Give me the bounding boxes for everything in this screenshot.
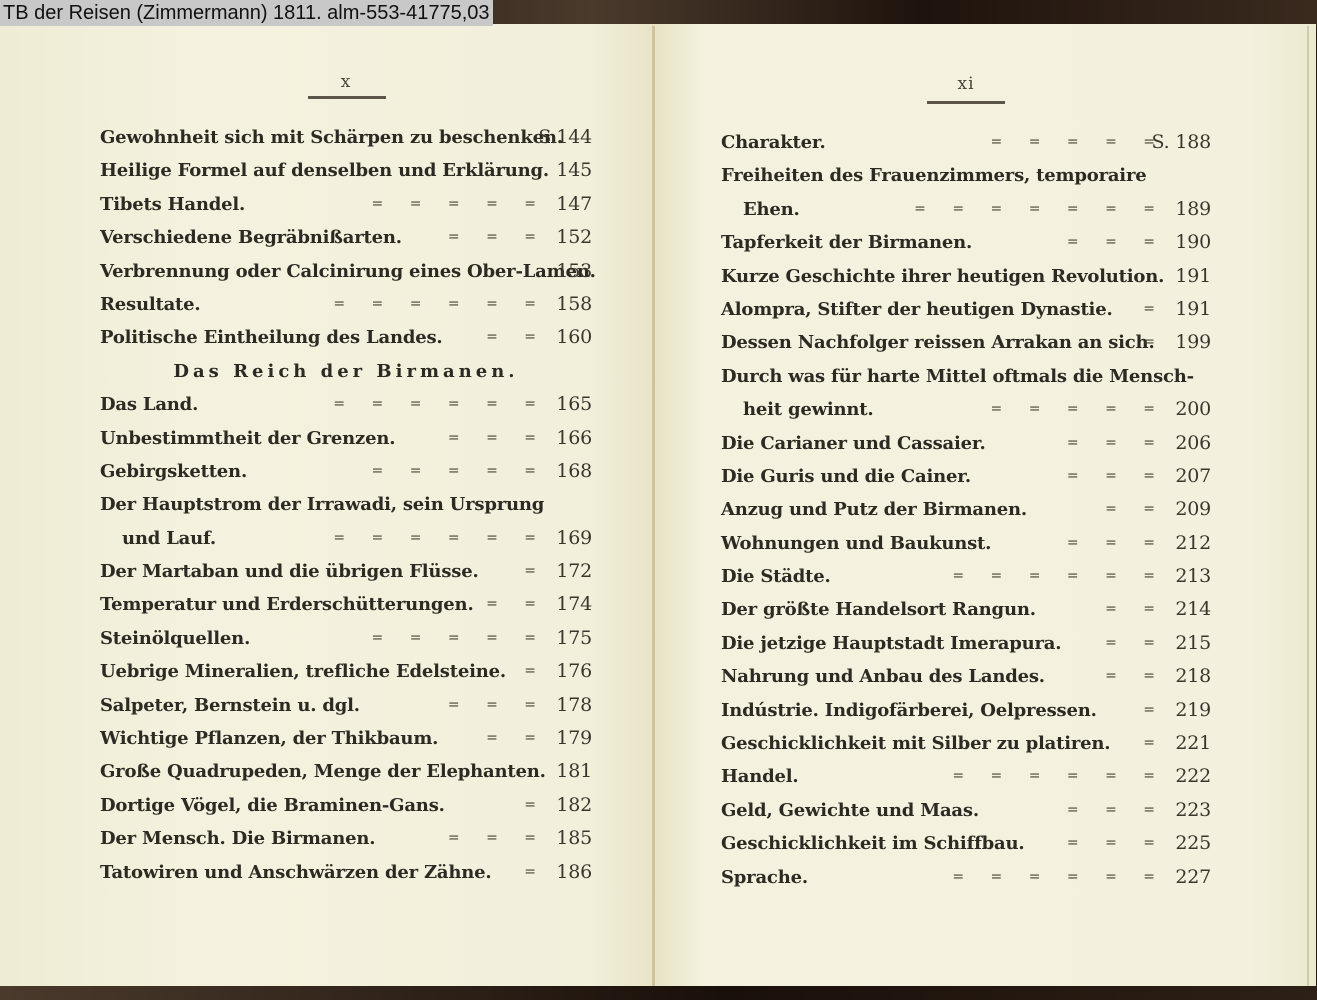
leader-dots: = = = = = — [372, 455, 536, 488]
toc-page-number: 214 — [1175, 593, 1211, 626]
toc-entry: Große Quadrupeden, Menge der Elephanten.… — [100, 755, 592, 788]
toc-entry-title: Der Martaban und die übrigen Flüsse. — [100, 555, 479, 588]
leader-dots: = — [1143, 727, 1155, 760]
toc-page-number: 215 — [1175, 627, 1211, 660]
toc-entry: Die jetzige Hauptstadt Imerapura.= =215 — [721, 627, 1211, 660]
leader-dots: = = — [486, 321, 536, 354]
toc-entry: Die Städte.= = = = = =213 — [721, 560, 1211, 593]
leader-dots: = — [524, 856, 536, 889]
leader-dots: = = = — [448, 221, 536, 254]
toc-entry-title: Tibets Handel. — [100, 188, 245, 221]
toc-entry-title: Anzug und Putz der Birmanen. — [721, 493, 1027, 526]
toc-entry-title: Wohnungen und Baukunst. — [721, 527, 991, 560]
toc-entry-title: Das Land. — [100, 388, 198, 421]
toc-entry-title: Dortige Vögel, die Braminen-Gans. — [100, 789, 445, 822]
toc-entry: Indústrie. Indigofärberei, Oelpressen.=2… — [721, 694, 1211, 727]
toc-entry-title: Die jetzige Hauptstadt Imerapura. — [721, 627, 1061, 660]
toc-page-number: 213 — [1175, 560, 1211, 593]
toc-entry-title: Nahrung und Anbau des Landes. — [721, 660, 1045, 693]
toc-page-number: 145 — [556, 154, 592, 187]
toc-page-number: 147 — [556, 188, 592, 221]
toc-page-number: 200 — [1175, 393, 1211, 426]
toc-entry: Geschicklichkeit im Schiffbau.= = =225 — [721, 827, 1211, 860]
toc-page-number: 181 — [556, 755, 592, 788]
toc-entry: Handel.= = = = = =222 — [721, 760, 1211, 793]
toc-entry-title: Der größte Handelsort Rangun. — [721, 593, 1036, 626]
leader-dots: = = = — [1067, 226, 1155, 259]
toc-page-number: 189 — [1175, 193, 1211, 226]
toc-entry-title: Indústrie. Indigofärberei, Oelpressen. — [721, 694, 1097, 727]
toc-entry: Anzug und Putz der Birmanen.= =209 — [721, 493, 1211, 526]
toc-entry-title: Tatowiren und Anschwärzen der Zähne. — [100, 856, 492, 889]
toc-page-number: 218 — [1175, 660, 1211, 693]
leader-dots: = = = — [448, 422, 536, 455]
right-page-number: xi — [940, 74, 992, 94]
toc-page-number: 169 — [556, 522, 592, 555]
section-heading: Das Reich der Birmanen. — [100, 355, 592, 388]
leader-dots: = = = — [1067, 794, 1155, 827]
toc-entry-title: Der Mensch. Die Birmanen. — [100, 822, 375, 855]
toc-page-number: 174 — [556, 588, 592, 621]
leader-dots: = = — [1105, 593, 1155, 626]
toc-entry-title: und Lauf. — [122, 522, 216, 555]
toc-entry-title: Steinölquellen. — [100, 622, 250, 655]
toc-entry-title: Gewohnheit sich mit Schärpen zu beschenk… — [100, 121, 563, 154]
leader-dots: = = = = = — [372, 188, 536, 221]
leader-dots: = = = = = = — [333, 522, 536, 555]
toc-entry-title: Charakter. — [721, 126, 826, 159]
toc-entry-title: Tapferkeit der Birmanen. — [721, 226, 972, 259]
toc-entry-title: Resultate. — [100, 288, 200, 321]
leader-dots: = = — [1105, 660, 1155, 693]
toc-entry: Tapferkeit der Birmanen.= = =190 — [721, 226, 1211, 259]
toc-entry-title: heit gewinnt. — [743, 393, 873, 426]
toc-page-number: 153 — [556, 255, 592, 288]
toc-entry-title: Alompra, Stifter der heutigen Dynastie. — [721, 293, 1113, 326]
leader-dots: = = = = = = — [333, 288, 536, 321]
leader-dots: = = = — [1067, 427, 1155, 460]
toc-page-number: 179 — [556, 722, 592, 755]
toc-entry: Geld, Gewichte und Maas.= = =223 — [721, 794, 1211, 827]
toc-entry: Der größte Handelsort Rangun.= =214 — [721, 593, 1211, 626]
toc-entry: Der Hauptstrom der Irrawadi, sein Urspru… — [100, 488, 592, 521]
leader-dots: = = = = = — [372, 622, 536, 655]
toc-entry-title: Politische Eintheilung des Landes. — [100, 321, 442, 354]
toc-page-number: S. 188 — [1152, 126, 1211, 159]
toc-entry-title: Uebrige Mineralien, trefliche Edelsteine… — [100, 655, 506, 688]
toc-entry: Alompra, Stifter der heutigen Dynastie.=… — [721, 293, 1211, 326]
leader-dots: = = = = = = — [952, 861, 1155, 894]
leader-dots: = = = — [448, 822, 536, 855]
toc-entry: Wichtige Pflanzen, der Thikbaum.= =179 — [100, 722, 592, 755]
leader-dots: = = — [1105, 493, 1155, 526]
toc-entry-title: Der Hauptstrom der Irrawadi, sein Urspru… — [100, 488, 544, 521]
toc-page-number: 207 — [1175, 460, 1211, 493]
toc-page-number: S.144 — [538, 121, 592, 154]
toc-entry: Verbrennung oder Calcinirung eines Ober-… — [100, 255, 592, 288]
toc-page-number: 182 — [556, 789, 592, 822]
toc-page-number: 209 — [1175, 493, 1211, 526]
leader-dots: = = — [1105, 627, 1155, 660]
toc-entry: Freiheiten des Frauenzimmers, temporaire — [721, 159, 1211, 192]
leader-dots: = = = = = = = — [914, 193, 1155, 226]
toc-entry-title: Ehen. — [743, 193, 800, 226]
toc-entry-title: Verschiedene Begräbnißarten. — [100, 221, 402, 254]
toc-page-number: 223 — [1175, 794, 1211, 827]
toc-entry: Politische Eintheilung des Landes.= =160 — [100, 321, 592, 354]
leader-dots: = = = — [1067, 527, 1155, 560]
left-header-rule — [308, 96, 386, 99]
toc-entry: Steinölquellen.= = = = =175 — [100, 622, 592, 655]
toc-page-number: 185 — [556, 822, 592, 855]
toc-entry: heit gewinnt.= = = = =200 — [721, 393, 1211, 426]
toc-entry-title: Dessen Nachfolger reissen Arrakan an sic… — [721, 326, 1155, 359]
toc-entry-title: Wichtige Pflanzen, der Thikbaum. — [100, 722, 438, 755]
left-page-number: x — [320, 72, 372, 92]
toc-entry: Kurze Geschichte ihrer heutigen Revoluti… — [721, 260, 1211, 293]
toc-entry-title: Geschicklichkeit im Schiffbau. — [721, 827, 1024, 860]
toc-entry: Nahrung und Anbau des Landes.= =218 — [721, 660, 1211, 693]
toc-entry-title: Die Carianer und Cassaier. — [721, 427, 986, 460]
toc-entry-title: Unbestimmtheit der Grenzen. — [100, 422, 395, 455]
right-header-rule — [927, 101, 1005, 104]
leader-dots: = — [1143, 293, 1155, 326]
leader-dots: = = = = = = — [952, 760, 1155, 793]
toc-page-number: 172 — [556, 555, 592, 588]
table-of-contents-left: Gewohnheit sich mit Schärpen zu beschenk… — [100, 121, 592, 889]
toc-entry: Sprache.= = = = = =227 — [721, 861, 1211, 894]
book-gutter — [652, 26, 655, 986]
toc-page-number: 206 — [1175, 427, 1211, 460]
image-caption: TB der Reisen (Zimmermann) 1811. alm-553… — [0, 0, 493, 26]
toc-entry-title: Geld, Gewichte und Maas. — [721, 794, 979, 827]
toc-entry: Der Mensch. Die Birmanen.= = =185 — [100, 822, 592, 855]
leader-dots: = = = = = = — [952, 560, 1155, 593]
toc-entry: Temperatur und Erderschütterungen.= =174 — [100, 588, 592, 621]
toc-page-number: 186 — [556, 856, 592, 889]
toc-entry: Der Martaban und die übrigen Flüsse.=172 — [100, 555, 592, 588]
toc-entry: Dessen Nachfolger reissen Arrakan an sic… — [721, 326, 1211, 359]
toc-entry-title: Handel. — [721, 760, 799, 793]
toc-entry: Geschicklichkeit mit Silber zu platiren.… — [721, 727, 1211, 760]
toc-entry: Die Carianer und Cassaier.= = =206 — [721, 427, 1211, 460]
toc-entry: Ehen.= = = = = = =189 — [721, 193, 1211, 226]
toc-entry: Tibets Handel.= = = = =147 — [100, 188, 592, 221]
toc-entry-title: Die Guris und die Cainer. — [721, 460, 971, 493]
leader-dots: = — [524, 789, 536, 822]
toc-page-number: 176 — [556, 655, 592, 688]
toc-page-number: 219 — [1175, 694, 1211, 727]
toc-entry-title: Durch was für harte Mittel oftmals die M… — [721, 360, 1194, 393]
toc-page-number: 178 — [556, 689, 592, 722]
toc-entry: Tatowiren und Anschwärzen der Zähne.=186 — [100, 856, 592, 889]
table-of-contents-right: Charakter.= = = = =S. 188Freiheiten des … — [721, 126, 1211, 894]
leader-dots: = = = — [1067, 460, 1155, 493]
toc-page-number: 191 — [1175, 260, 1211, 293]
toc-entry: Unbestimmtheit der Grenzen.= = =166 — [100, 422, 592, 455]
toc-entry: Heilige Formel auf denselben und Erkläru… — [100, 154, 592, 187]
toc-entry: Verschiedene Begräbnißarten.= = =152 — [100, 221, 592, 254]
toc-page-number: 199 — [1175, 326, 1211, 359]
toc-entry: Wohnungen und Baukunst.= = =212 — [721, 527, 1211, 560]
toc-page-number: 222 — [1175, 760, 1211, 793]
page-edge — [1307, 26, 1309, 986]
toc-entry-title: Sprache. — [721, 861, 808, 894]
toc-entry-title: Das Reich der Birmanen. — [173, 361, 518, 382]
leader-dots: = = = = = — [991, 126, 1155, 159]
toc-entry-title: Gebirgsketten. — [100, 455, 247, 488]
toc-entry-title: Heilige Formel auf denselben und Erkläru… — [100, 154, 549, 187]
leader-dots: = = = = = = — [333, 388, 536, 421]
toc-page-number: 168 — [556, 455, 592, 488]
toc-entry: Gewohnheit sich mit Schärpen zu beschenk… — [100, 121, 592, 154]
toc-page-number: 160 — [556, 321, 592, 354]
toc-page-number: 191 — [1175, 293, 1211, 326]
leader-dots: = — [524, 655, 536, 688]
toc-entry: Charakter.= = = = =S. 188 — [721, 126, 1211, 159]
toc-entry: Durch was für harte Mittel oftmals die M… — [721, 360, 1211, 393]
toc-page-number: 175 — [556, 622, 592, 655]
toc-entry: Dortige Vögel, die Braminen-Gans.=182 — [100, 789, 592, 822]
toc-entry-title: Temperatur und Erderschütterungen. — [100, 588, 474, 621]
leader-dots: = = = = = — [991, 393, 1155, 426]
leader-dots: = — [1143, 694, 1155, 727]
toc-page-number: 225 — [1175, 827, 1211, 860]
toc-page-number: 221 — [1175, 727, 1211, 760]
leader-dots: = — [1143, 326, 1155, 359]
leader-dots: = = = — [1067, 827, 1155, 860]
toc-entry-title: Verbrennung oder Calcinirung eines Ober-… — [100, 255, 596, 288]
toc-page-number: 165 — [556, 388, 592, 421]
leader-dots: = — [524, 555, 536, 588]
toc-page-number: 152 — [556, 221, 592, 254]
toc-entry-title: Geschicklichkeit mit Silber zu platiren. — [721, 727, 1110, 760]
toc-page-number: 166 — [556, 422, 592, 455]
toc-entry: und Lauf.= = = = = =169 — [100, 522, 592, 555]
toc-entry-title: Kurze Geschichte ihrer heutigen Revoluti… — [721, 260, 1164, 293]
toc-entry: Die Guris und die Cainer.= = =207 — [721, 460, 1211, 493]
toc-entry: Salpeter, Bernstein u. dgl.= = =178 — [100, 689, 592, 722]
toc-page-number: 212 — [1175, 527, 1211, 560]
toc-page-number: 227 — [1175, 861, 1211, 894]
leader-dots: = = — [486, 722, 536, 755]
book-cover-bottom-edge — [0, 985, 1317, 1000]
toc-entry: Gebirgsketten.= = = = =168 — [100, 455, 592, 488]
toc-entry: Resultate.= = = = = =158 — [100, 288, 592, 321]
toc-entry-title: Große Quadrupeden, Menge der Elephanten. — [100, 755, 546, 788]
leader-dots: = = = — [448, 689, 536, 722]
toc-entry-title: Salpeter, Bernstein u. dgl. — [100, 689, 360, 722]
toc-page-number: 158 — [556, 288, 592, 321]
toc-entry-title: Die Städte. — [721, 560, 831, 593]
toc-entry: Uebrige Mineralien, trefliche Edelsteine… — [100, 655, 592, 688]
toc-entry-title: Freiheiten des Frauenzimmers, temporaire — [721, 159, 1147, 192]
toc-page-number: 190 — [1175, 226, 1211, 259]
toc-entry: Das Land.= = = = = =165 — [100, 388, 592, 421]
leader-dots: = = — [486, 588, 536, 621]
